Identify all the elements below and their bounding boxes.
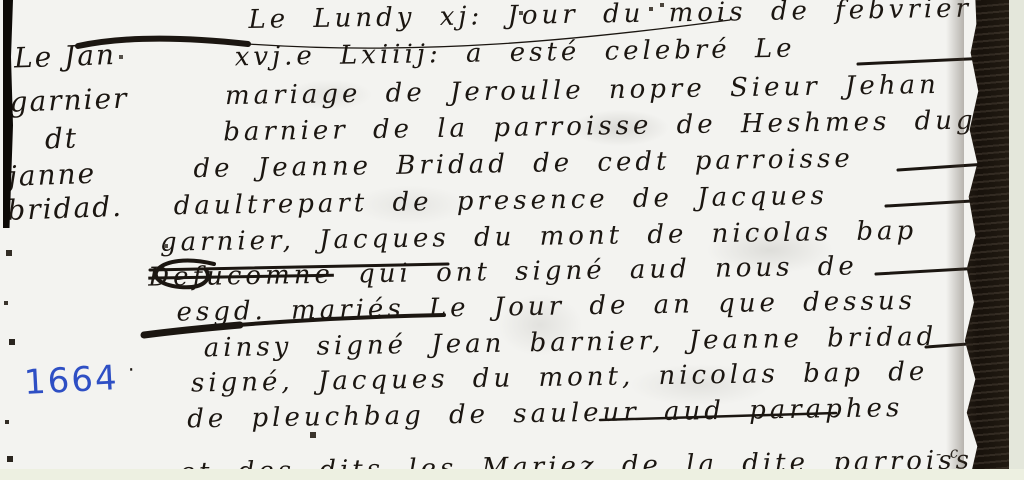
ink-specks bbox=[0, 0, 2, 2]
binding-shadow bbox=[946, 0, 964, 480]
struck-word: Defucomne bbox=[148, 260, 334, 293]
body-text: Le Lundy xj: Jour du mois de febvrierxvj… bbox=[0, 0, 1024, 480]
body-line: signé, Jacques du mont, nicolas bap de bbox=[191, 357, 929, 399]
body-line: Defucomne qui ont signé aud nous de bbox=[148, 251, 858, 292]
body-line: esgd. mariés Le Jour de an que dessus bbox=[176, 286, 916, 328]
body-line: ainsy signé Jean barnier, Jeanne bridad bbox=[204, 322, 938, 364]
body-line: mariage de Jeroulle nopre Sieur Jehan bbox=[225, 70, 940, 111]
body-line: barnier de la parroisse de Heshmes dugt bbox=[223, 105, 991, 147]
body-line: daultrepart de presence de Jacques bbox=[174, 181, 828, 221]
body-line: xvj.e Lxiiij: a esté celebré Le bbox=[234, 34, 795, 73]
bottom-scanner-strip bbox=[0, 469, 1024, 480]
body-line: de Jeanne Bridad de cedt parroisse bbox=[193, 144, 854, 184]
body-line: Le Lundy xj: Jour du mois de febvrier bbox=[248, 0, 972, 35]
body-line: de pleuchbag de sauleur aud paraphes bbox=[187, 393, 904, 434]
right-scanner-strip bbox=[1009, 0, 1024, 480]
scanned-register-page: Le Jangarnierdtjannebridad. 1664 Le Lund… bbox=[0, 0, 1024, 480]
edge-mark: - c bbox=[935, 443, 960, 463]
